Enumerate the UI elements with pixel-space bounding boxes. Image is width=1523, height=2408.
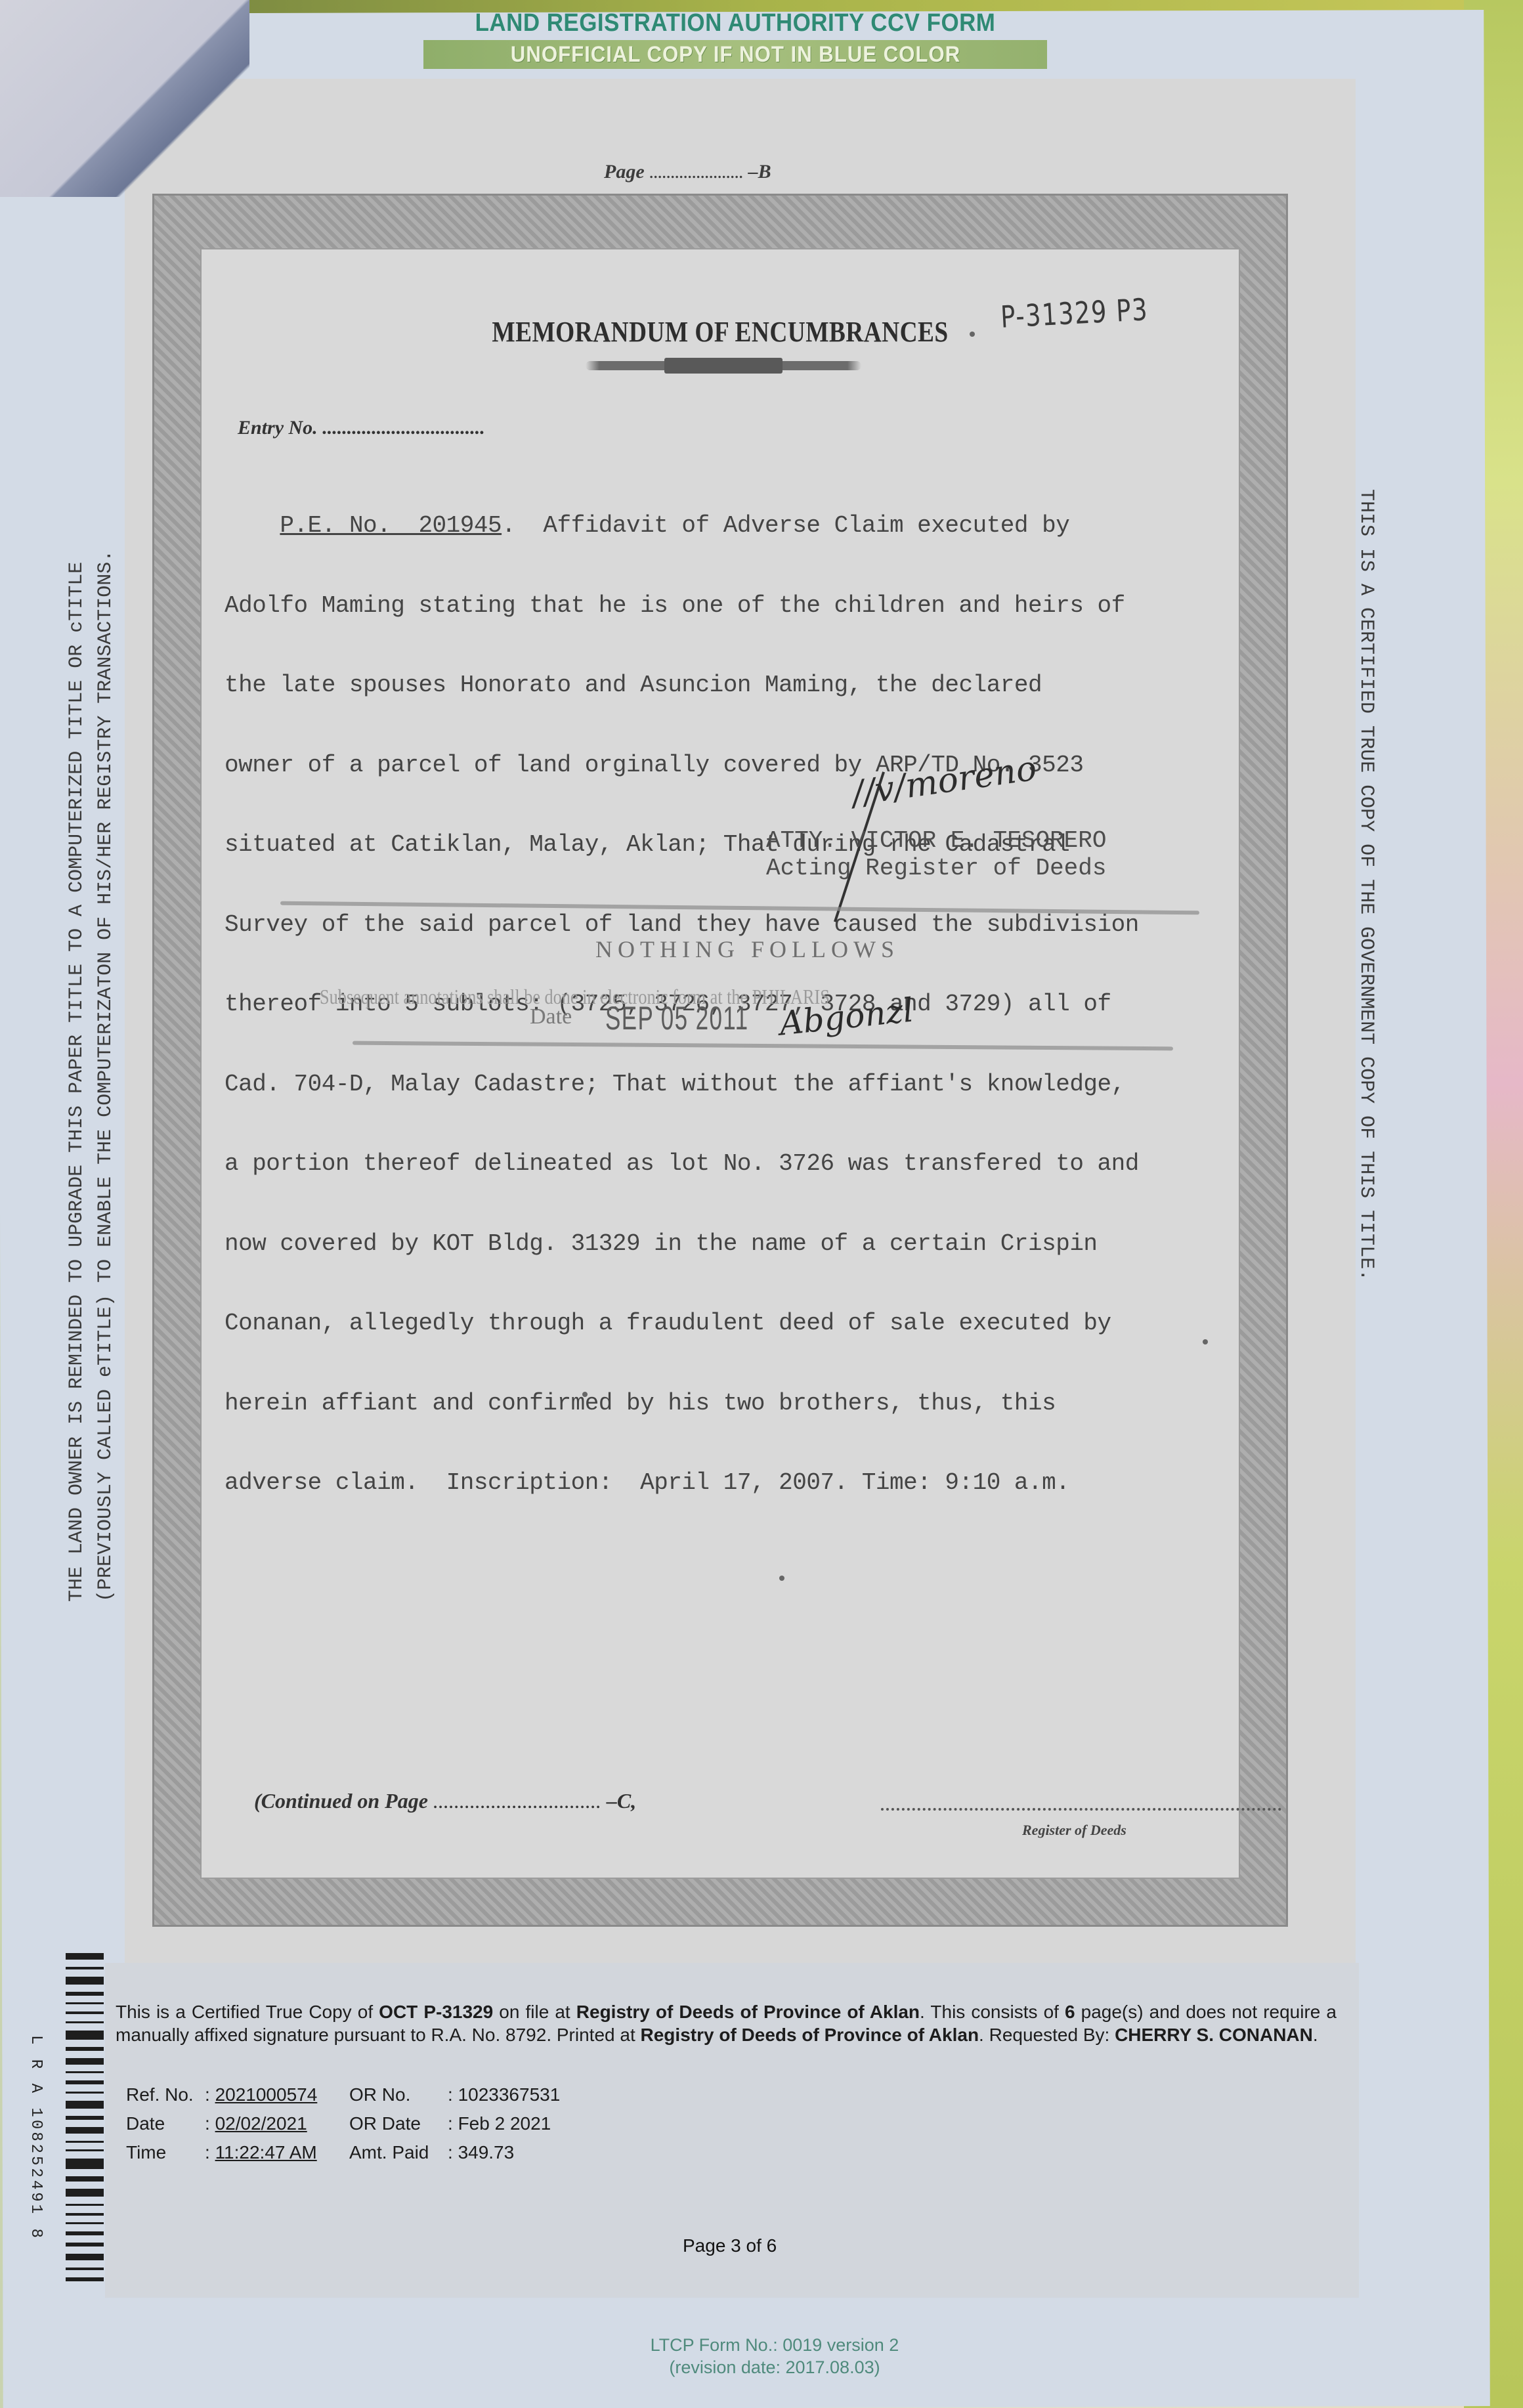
entry-line: a portion thereof delineated as lot No. …: [225, 1151, 1249, 1178]
revision-date-line: (revision date: 2017.08.03): [620, 2356, 929, 2378]
date-value: : 02/02/2021: [205, 2113, 349, 2135]
entry-line: owner of a parcel of land orginally cove…: [225, 752, 1249, 779]
title-number: OCT P-31329: [379, 2002, 493, 2022]
page-ref-dots: ......................: [649, 161, 743, 183]
memo-body: MEMORANDUM OF ENCUMBRANCES P-31329 P3 En…: [200, 248, 1240, 1879]
entry-line: the late spouses Honorato and Asuncion M…: [225, 672, 1249, 699]
upgrade-reminder-text: THE LAND OWNER IS REMINDED TO UPGRADE TH…: [62, 420, 120, 1602]
speck: [1203, 1339, 1208, 1344]
entry-line: Adolfo Maming stating that he is one of …: [225, 593, 1249, 620]
signatory-name: ATTY. VICTOR E. TESORERO: [766, 827, 1106, 855]
form-number: LTCP Form No.: 0019 version 2 (revision …: [620, 2334, 929, 2378]
unofficial-banner-text: UNOFFICIAL COPY IF NOT IN BLUE COLOR: [510, 42, 960, 68]
continued-dots: ................................: [433, 1789, 601, 1813]
page-reference: Page ...................... –B: [604, 161, 771, 183]
time-label: Time: [126, 2141, 205, 2164]
annotation-date-label: Date: [530, 1004, 572, 1029]
signatory-title: Acting Register of Deeds: [766, 855, 1106, 882]
signatory-block: ATTY. VICTOR E. TESORERO Acting Register…: [766, 827, 1106, 882]
nothing-follows-stamp: NOTHING FOLLOWS: [595, 935, 899, 963]
entry-line: herein affiant and confirmed by his two …: [225, 1390, 1249, 1417]
certification-statement: This is a Certified True Copy of OCT P-3…: [116, 2000, 1337, 2046]
entry-line-1: P.E. No. 201945. Affidavit of Adverse Cl…: [225, 513, 1249, 540]
annotation-date-stamp: SEP 05 2011: [605, 999, 748, 1037]
page-ref-suffix: –B: [748, 161, 771, 183]
page-indicator: Page 3 of 6: [683, 2235, 777, 2256]
or-date-value: : Feb 2 2021: [448, 2113, 605, 2135]
lra-header: LAND REGISTRATION AUTHORITY CCV FORM UNO…: [420, 9, 1050, 69]
time-value: : 11:22:47 AM: [205, 2141, 349, 2164]
pe-number: P.E. No. 201945: [280, 512, 502, 539]
or-no-value: : 1023367531: [448, 2084, 605, 2106]
register-of-deeds-label: Register of Deeds: [1022, 1822, 1126, 1839]
entry-dots: .................................: [322, 417, 485, 439]
barcode-number: L R A 108252491 8: [27, 2035, 45, 2241]
ornament-divider: [586, 361, 861, 370]
entry-line: now covered by KOT Bldg. 31329 in the na…: [225, 1231, 1249, 1258]
subsequent-annotations-note: Subsequent annotations shall be done in …: [320, 985, 830, 1009]
continued-label: (Continued on Page: [254, 1789, 428, 1813]
entry-line: Conanan, allegedly through a fraudulent …: [225, 1310, 1249, 1337]
entry-label: Entry No.: [238, 417, 318, 439]
printed-at: Registry of Deeds of Province of Aklan: [641, 2025, 979, 2045]
amount-paid-label: Amt. Paid: [349, 2141, 448, 2164]
ref-no-value: : 2021000574: [205, 2084, 349, 2106]
folded-page-corner: [0, 0, 249, 197]
upgrade-reminder-line-1: THE LAND OWNER IS REMINDED TO UPGRADE TH…: [62, 420, 91, 1602]
continued-on-page: (Continued on Page .....................…: [254, 1789, 636, 1813]
page-ref-label: Page: [604, 161, 645, 183]
entry-line: Survey of the said parcel of land they h…: [225, 912, 1249, 939]
decorative-frame: MEMORANDUM OF ENCUMBRANCES P-31329 P3 En…: [152, 194, 1288, 1927]
requested-by: CHERRY S. CONANAN: [1115, 2025, 1313, 2045]
ref-no-label: Ref. No.: [126, 2084, 205, 2106]
speck: [779, 1576, 784, 1581]
header-title: LAND REGISTRATION AUTHORITY CCV FORM: [445, 9, 1025, 37]
unofficial-banner: UNOFFICIAL COPY IF NOT IN BLUE COLOR: [423, 40, 1047, 69]
form-number-line: LTCP Form No.: 0019 version 2: [620, 2334, 929, 2356]
barcode: [66, 1953, 104, 2281]
speck: [970, 332, 975, 337]
registry-name: Registry of Deeds of Province of Aklan: [576, 2002, 920, 2022]
certified-true-copy-text: THIS IS A CERTIFIED TRUE COPY OF THE GOV…: [1355, 489, 1377, 1281]
page-count: 6: [1065, 2002, 1075, 2022]
transaction-details: Ref. No. : 2021000574 OR No. : 102336753…: [126, 2084, 605, 2164]
upgrade-reminder-line-2: (PREVIOUSLY CALLED eTITLE) TO ENABLE THE…: [91, 420, 120, 1602]
entry-line: adverse claim. Inscription: April 17, 20…: [225, 1470, 1249, 1497]
continued-suffix: –C,: [607, 1789, 636, 1813]
speck: [582, 1392, 588, 1397]
entry-line: Cad. 704-D, Malay Cadastre; That without…: [225, 1071, 1249, 1098]
register-signature-line: [881, 1808, 1281, 1811]
or-date-label: OR Date: [349, 2113, 448, 2135]
amount-paid-value: : 349.73: [448, 2141, 605, 2164]
date-label: Date: [126, 2113, 205, 2135]
or-no-label: OR No.: [349, 2084, 448, 2106]
entry-number: Entry No. ..............................…: [238, 417, 485, 439]
